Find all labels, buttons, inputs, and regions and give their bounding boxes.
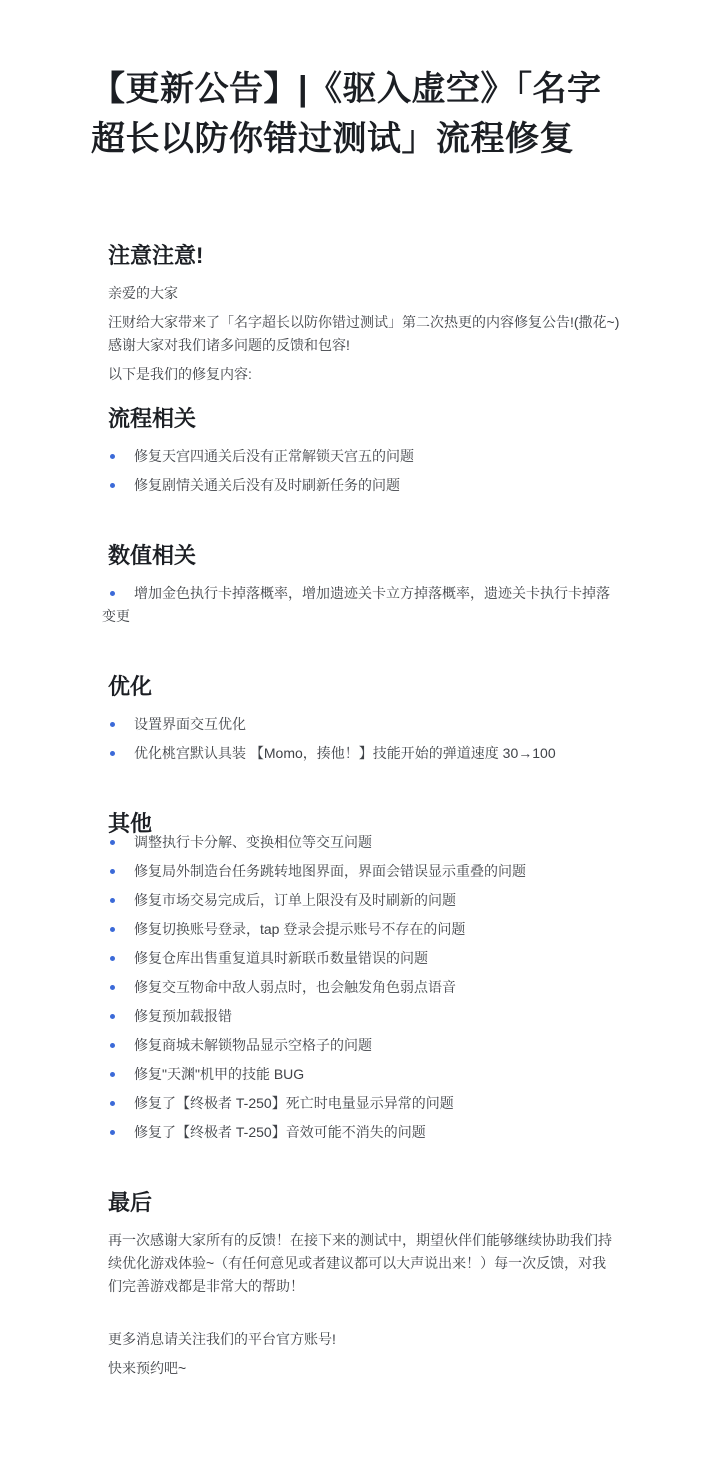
- section-heading: 数值相关: [108, 539, 620, 572]
- section-values: 数值相关增加金色执行卡掉落概率，增加遗迹关卡立方掉落概率，遗迹关卡执行卡掉落变更: [108, 539, 620, 628]
- section-heading: 注意注意!: [108, 239, 620, 272]
- bullet-list: 增加金色执行卡掉落概率，增加遗迹关卡立方掉落概率，遗迹关卡执行卡掉落变更: [102, 582, 620, 628]
- paragraph: 以下是我们的修复内容:: [108, 363, 620, 386]
- page-title: 【更新公告】|《驱入虚空》「名字 超长以防你错过测试」流程修复: [91, 64, 651, 164]
- list-item: 设置界面交互优化: [102, 713, 620, 736]
- list-item: 修复了【终极者 T-250】死亡时电量显示异常的问题: [102, 1092, 620, 1115]
- article: 【更新公告】|《驱入虚空》「名字 超长以防你错过测试」流程修复 注意注意!亲爱的…: [108, 0, 620, 1446]
- paragraph: 汪财给大家带来了「名字超长以防你错过测试」第二次热更的内容修复公告!(撒花~)感…: [108, 311, 620, 357]
- section-others: 其他调整执行卡分解、变换相位等交互问题修复局外制造台任务跳转地图界面，界面会错误…: [108, 807, 620, 1144]
- list-item: 修复天宫四通关后没有正常解锁天宫五的问题: [102, 445, 620, 468]
- bullet-list: 修复天宫四通关后没有正常解锁天宫五的问题修复剧情关通关后没有及时刷新任务的问题: [102, 445, 620, 497]
- section-heading: 优化: [108, 670, 620, 703]
- bullet-list: 设置界面交互优化优化桃宫默认具装 【Momo，揍他！】技能开始的弹道速度 30→…: [102, 713, 620, 765]
- list-item: 修复交互物命中敌人弱点时，也会触发角色弱点语音: [102, 976, 620, 999]
- list-item: 修复局外制造台任务跳转地图界面，界面会错误显示重叠的问题: [102, 860, 620, 883]
- section-final: 最后再一次感谢大家所有的反馈！在接下来的测试中，期望伙伴们能够继续协助我们持续优…: [108, 1186, 620, 1380]
- list-item: 修复"天渊"机甲的技能 BUG: [102, 1063, 620, 1086]
- list-item: 修复预加载报错: [102, 1005, 620, 1028]
- list-item: 修复剧情关通关后没有及时刷新任务的问题: [102, 474, 620, 497]
- section-notice: 注意注意!亲爱的大家汪财给大家带来了「名字超长以防你错过测试」第二次热更的内容修…: [108, 239, 620, 386]
- paragraph: 更多消息请关注我们的平台官方账号!: [108, 1328, 620, 1351]
- list-item: 修复仓库出售重复道具时新联币数量错误的问题: [102, 947, 620, 970]
- section-heading: 最后: [108, 1186, 620, 1219]
- list-item: 修复商城未解锁物品显示空格子的问题: [102, 1034, 620, 1057]
- list-item: 修复了【终极者 T-250】音效可能不消失的问题: [102, 1121, 620, 1144]
- list-item: 修复市场交易完成后，订单上限没有及时刷新的问题: [102, 889, 620, 912]
- paragraph: 再一次感谢大家所有的反馈！在接下来的测试中，期望伙伴们能够继续协助我们持续优化游…: [108, 1229, 620, 1298]
- section-heading: 流程相关: [108, 402, 620, 435]
- paragraph: 快来预约吧~: [108, 1357, 620, 1380]
- section-process: 流程相关修复天宫四通关后没有正常解锁天宫五的问题修复剧情关通关后没有及时刷新任务…: [108, 402, 620, 497]
- list-item: 修复切换账号登录，tap 登录会提示账号不存在的问题: [102, 918, 620, 941]
- section-optimization: 优化设置界面交互优化优化桃宫默认具装 【Momo，揍他！】技能开始的弹道速度 3…: [108, 670, 620, 765]
- paragraph: 亲爱的大家: [108, 282, 620, 305]
- list-item: 优化桃宫默认具装 【Momo，揍他！】技能开始的弹道速度 30→100: [102, 742, 620, 765]
- list-item: 调整执行卡分解、变换相位等交互问题: [102, 831, 620, 854]
- bullet-list: 调整执行卡分解、变换相位等交互问题修复局外制造台任务跳转地图界面，界面会错误显示…: [102, 831, 620, 1144]
- list-item: 增加金色执行卡掉落概率，增加遗迹关卡立方掉落概率，遗迹关卡执行卡掉落变更: [102, 582, 620, 628]
